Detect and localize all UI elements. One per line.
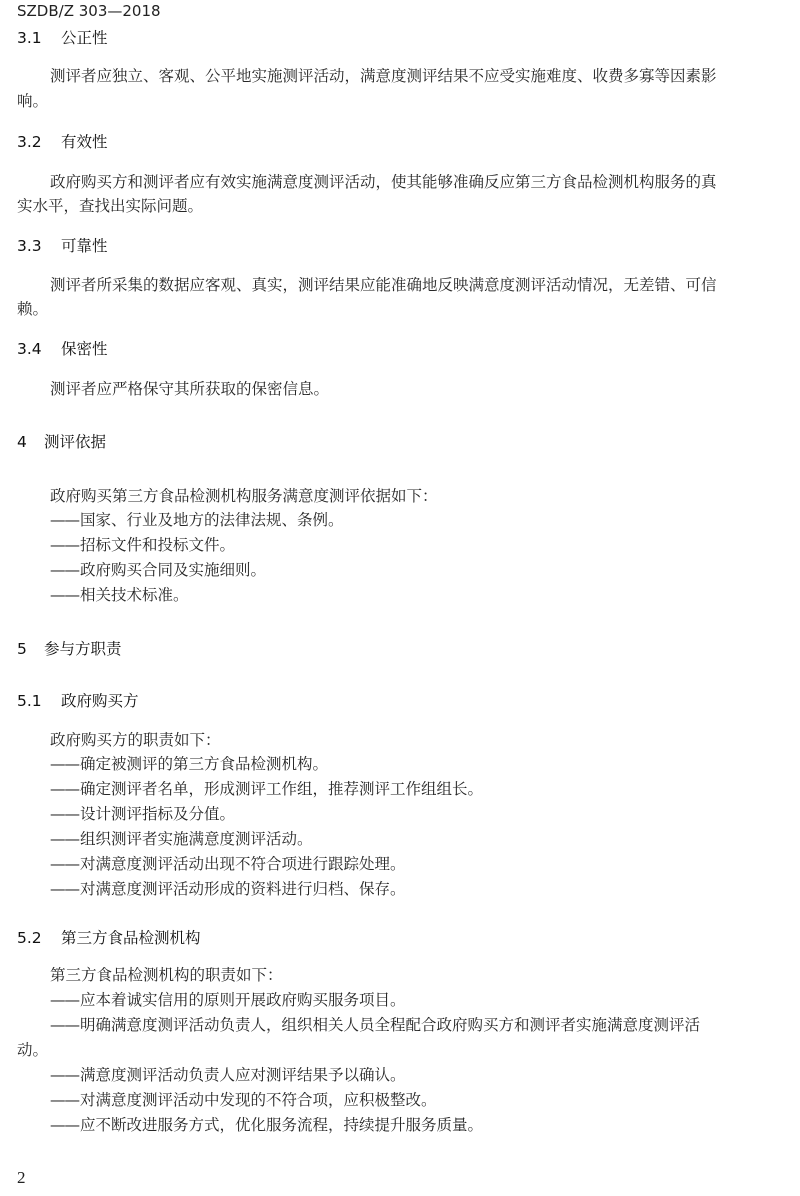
list-item-text: 国家、行业及地方的法律法规、条例。 <box>80 511 344 529</box>
heading-number: 3.2 <box>17 133 61 151</box>
list-item: ——招标文件和投标文件。 <box>50 533 235 555</box>
list-item: ——设计测评指标及分值。 <box>50 802 235 824</box>
heading-number: 3.3 <box>17 237 61 255</box>
paragraph-3-2-line1: 政府购买方和测评者应有效实施满意度测评活动，使其能够准确反应第三方食品检测机构服… <box>50 170 717 192</box>
document-id-header: SZDB/Z 303—2018 <box>17 2 161 20</box>
paragraph-3-2-line2: 实水平，查找出实际问题。 <box>17 194 203 216</box>
heading-3-3: 3.3可靠性 <box>17 234 108 256</box>
heading-number: 5.1 <box>17 692 61 710</box>
list-item: ——明确满意度测评活动负责人，组织相关人员全程配合政府购买方和测评者实施满意度测… <box>50 1013 700 1035</box>
dash-bullet: —— <box>50 536 79 554</box>
heading-number: 3.1 <box>17 29 61 47</box>
heading-5-1: 5.1政府购买方 <box>17 689 139 711</box>
list-item-text: 应本着诚实信用的原则开展政府购买服务项目。 <box>80 991 406 1009</box>
paragraph-3-3-line2: 赖。 <box>17 297 48 319</box>
list-item: ——确定测评者名单，形成测评工作组，推荐测评工作组组长。 <box>50 777 483 799</box>
list-item-text: 招标文件和投标文件。 <box>80 536 235 554</box>
heading-title: 保密性 <box>61 340 108 358</box>
list-item-text: 满意度测评活动负责人应对测评结果予以确认。 <box>80 1066 406 1084</box>
heading-title: 公正性 <box>61 29 108 47</box>
dash-bullet: —— <box>50 755 79 773</box>
paragraph-3-4-line1: 测评者应严格保守其所获取的保密信息。 <box>50 377 329 399</box>
heading-title: 测评依据 <box>44 433 106 451</box>
heading-number: 3.4 <box>17 340 61 358</box>
heading-number: 4 <box>17 433 44 451</box>
paragraph-3-1-line2: 响。 <box>17 89 48 111</box>
list-item-text: 确定测评者名单，形成测评工作组，推荐测评工作组组长。 <box>80 780 483 798</box>
list-item: ——国家、行业及地方的法律法规、条例。 <box>50 508 344 530</box>
list-item-text: 设计测评指标及分值。 <box>80 805 235 823</box>
dash-bullet: —— <box>50 805 79 823</box>
heading-title: 有效性 <box>61 133 108 151</box>
heading-3-4: 3.4保密性 <box>17 337 108 359</box>
dash-bullet: —— <box>50 855 79 873</box>
heading-title: 参与方职责 <box>44 640 122 658</box>
paragraph-5-1-intro: 政府购买方的职责如下： <box>50 728 221 750</box>
list-item-text: 确定被测评的第三方食品检测机构。 <box>80 755 328 773</box>
dash-bullet: —— <box>50 586 79 604</box>
dash-bullet: —— <box>50 1016 79 1034</box>
list-item: ——对满意度测评活动中发现的不符合项，应积极整改。 <box>50 1088 437 1110</box>
list-item: ——满意度测评活动负责人应对测评结果予以确认。 <box>50 1063 406 1085</box>
list-item-text: 应不断改进服务方式，优化服务流程，持续提升服务质量。 <box>80 1116 483 1134</box>
heading-title: 第三方食品检测机构 <box>61 929 201 947</box>
heading-title: 政府购买方 <box>61 692 139 710</box>
dash-bullet: —— <box>50 780 79 798</box>
heading-3-2: 3.2有效性 <box>17 130 108 152</box>
paragraph-4-intro: 政府购买第三方食品检测机构服务满意度测评依据如下： <box>50 484 438 506</box>
dash-bullet: —— <box>50 830 79 848</box>
heading-5-2: 5.2第三方食品检测机构 <box>17 926 201 948</box>
dash-bullet: —— <box>50 1091 79 1109</box>
list-item-text: 对满意度测评活动形成的资料进行归档、保存。 <box>80 880 406 898</box>
heading-5: 5参与方职责 <box>17 637 122 659</box>
dash-bullet: —— <box>50 1116 79 1134</box>
list-item: ——组织测评者实施满意度测评活动。 <box>50 827 313 849</box>
list-item: ——应本着诚实信用的原则开展政府购买服务项目。 <box>50 988 406 1010</box>
paragraph-3-1-line1: 测评者应独立、客观、公平地实施测评活动，满意度测评结果不应受实施难度、收费多寡等… <box>50 64 717 86</box>
heading-number: 5.2 <box>17 929 61 947</box>
page-number: 2 <box>17 1168 26 1188</box>
list-item: ——对满意度测评活动出现不符合项进行跟踪处理。 <box>50 852 406 874</box>
heading-title: 可靠性 <box>61 237 108 255</box>
paragraph-5-2-intro: 第三方食品检测机构的职责如下： <box>50 963 283 985</box>
heading-number: 5 <box>17 640 44 658</box>
list-item-text: 明确满意度测评活动负责人，组织相关人员全程配合政府购买方和测评者实施满意度测评活 <box>80 1016 700 1034</box>
heading-4: 4测评依据 <box>17 430 106 452</box>
heading-3-1: 3.1公正性 <box>17 26 108 48</box>
dash-bullet: —— <box>50 991 79 1009</box>
dash-bullet: —— <box>50 561 79 579</box>
dash-bullet: —— <box>50 511 79 529</box>
list-item-continuation: 动。 <box>17 1038 48 1060</box>
list-item-text: 对满意度测评活动出现不符合项进行跟踪处理。 <box>80 855 406 873</box>
list-item: ——确定被测评的第三方食品检测机构。 <box>50 752 328 774</box>
dash-bullet: —— <box>50 1066 79 1084</box>
list-item-text: 政府购买合同及实施细则。 <box>80 561 266 579</box>
list-item: ——相关技术标准。 <box>50 583 189 605</box>
list-item: ——政府购买合同及实施细则。 <box>50 558 266 580</box>
dash-bullet: —— <box>50 880 79 898</box>
list-item-text: 相关技术标准。 <box>80 586 189 604</box>
list-item-text: 组织测评者实施满意度测评活动。 <box>80 830 313 848</box>
list-item: ——对满意度测评活动形成的资料进行归档、保存。 <box>50 877 406 899</box>
list-item: ——应不断改进服务方式，优化服务流程，持续提升服务质量。 <box>50 1113 483 1135</box>
paragraph-3-3-line1: 测评者所采集的数据应客观、真实，测评结果应能准确地反映满意度测评活动情况，无差错… <box>50 273 717 295</box>
list-item-text: 对满意度测评活动中发现的不符合项，应积极整改。 <box>80 1091 437 1109</box>
